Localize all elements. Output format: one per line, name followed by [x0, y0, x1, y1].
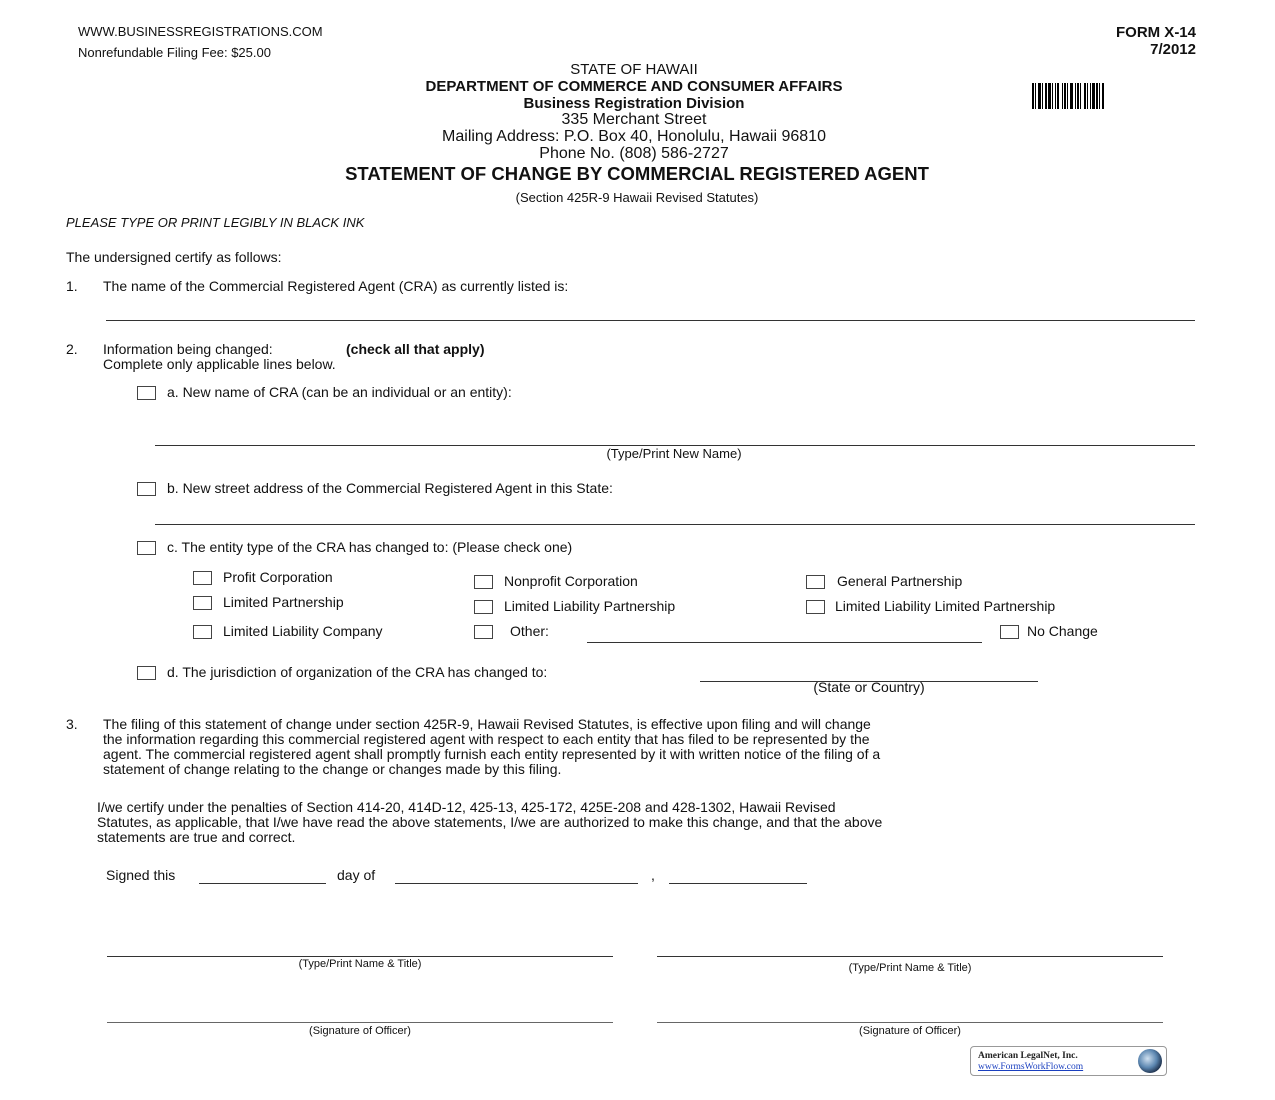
form-number: FORM X-14	[1116, 24, 1196, 41]
limited-liability-company-checkbox[interactable]	[193, 625, 212, 639]
statute-reference: (Section 425R-9 Hawaii Revised Statutes)	[437, 190, 837, 205]
state-name: STATE OF HAWAII	[334, 61, 934, 78]
street-address: 335 Merchant Street	[334, 111, 934, 129]
limited-liability-company-label: Limited Liability Company	[223, 623, 383, 639]
item2-check-all: (check all that apply)	[346, 341, 484, 357]
other-field[interactable]	[587, 642, 982, 643]
filing-fee: Nonrefundable Filing Fee: $25.00	[78, 45, 271, 60]
nonprofit-corporation-checkbox[interactable]	[474, 575, 493, 589]
signed-year-field[interactable]	[669, 883, 807, 884]
other-label: Other:	[510, 623, 549, 639]
signed-this-label: Signed this	[106, 867, 175, 883]
globe-icon	[1138, 1049, 1162, 1073]
item3-number: 3.	[66, 716, 78, 732]
signature-field-left[interactable]	[107, 1022, 613, 1023]
limited-liability-partnership-label: Limited Liability Partnership	[504, 598, 675, 614]
logo-company-name: American LegalNet, Inc.	[978, 1051, 1078, 1061]
name-title-caption-right: (Type/Print Name & Title)	[657, 962, 1163, 974]
name-title-field-left[interactable]	[107, 956, 613, 957]
new-name-checkbox[interactable]	[137, 386, 156, 400]
limited-liability-partnership-checkbox[interactable]	[474, 600, 493, 614]
name-title-caption-left: (Type/Print Name & Title)	[107, 958, 613, 970]
certification-line-2: Statutes, as applicable, that I/we have …	[97, 814, 882, 830]
jurisdiction-caption: (State or Country)	[719, 679, 1019, 695]
no-change-checkbox[interactable]	[1000, 625, 1019, 639]
phone-number: Phone No. (808) 586-2727	[334, 145, 934, 163]
no-change-label: No Change	[1027, 623, 1098, 639]
day-of-label: day of	[337, 867, 375, 883]
signed-month-field[interactable]	[395, 883, 638, 884]
new-address-field[interactable]	[155, 524, 1195, 525]
new-name-caption: (Type/Print New Name)	[474, 446, 874, 461]
general-partnership-label: General Partnership	[837, 573, 962, 589]
jurisdiction-label: d. The jurisdiction of organization of t…	[167, 664, 547, 680]
item3-line-1: The filing of this statement of change u…	[103, 716, 871, 732]
jurisdiction-checkbox[interactable]	[137, 666, 156, 680]
form-date: 7/2012	[1150, 41, 1196, 58]
other-checkbox[interactable]	[474, 625, 493, 639]
signature-caption-left: (Signature of Officer)	[107, 1025, 613, 1037]
item2-number: 2.	[66, 341, 78, 357]
item3-line-2: the information regarding this commercia…	[103, 731, 870, 747]
logo-url-link[interactable]: www.FormsWorkFlow.com	[978, 1062, 1083, 1072]
certification-line-1: I/we certify under the penalties of Sect…	[97, 799, 836, 815]
website-text: WWW.BUSINESSREGISTRATIONS.COM	[78, 24, 323, 39]
mailing-address: Mailing Address: P.O. Box 40, Honolulu, …	[284, 128, 984, 146]
new-address-label: b. New street address of the Commercial …	[167, 480, 613, 496]
certification-line-3: statements are true and correct.	[97, 829, 295, 845]
ink-instructions: PLEASE TYPE OR PRINT LEGIBLY IN BLACK IN…	[66, 215, 364, 230]
department-name: DEPARTMENT OF COMMERCE AND CONSUMER AFFA…	[284, 78, 984, 95]
item2-subtext: Complete only applicable lines below.	[103, 356, 336, 372]
nonprofit-corporation-label: Nonprofit Corporation	[504, 573, 638, 589]
certify-intro: The undersigned certify as follows:	[66, 249, 282, 265]
signature-field-right[interactable]	[657, 1022, 1163, 1023]
current-cra-name-field[interactable]	[106, 320, 1195, 321]
division-name: Business Registration Division	[334, 95, 934, 112]
entity-type-label: c. The entity type of the CRA has change…	[167, 539, 572, 555]
american-legalnet-logo: American LegalNet, Inc. www.FormsWorkFlo…	[970, 1046, 1167, 1076]
lllp-checkbox[interactable]	[806, 600, 825, 614]
new-name-label: a. New name of CRA (can be an individual…	[167, 384, 512, 400]
comma-separator: ,	[651, 867, 655, 883]
item3-line-4: statement of change relating to the chan…	[103, 761, 561, 777]
item1-number: 1.	[66, 278, 78, 294]
general-partnership-checkbox[interactable]	[806, 575, 825, 589]
new-address-checkbox[interactable]	[137, 482, 156, 496]
page-title: STATEMENT OF CHANGE BY COMMERCIAL REGIST…	[187, 163, 1087, 185]
item3-line-3: agent. The commercial registered agent s…	[103, 746, 880, 762]
limited-partnership-checkbox[interactable]	[193, 596, 212, 610]
name-title-field-right[interactable]	[657, 956, 1163, 957]
signature-caption-right: (Signature of Officer)	[657, 1025, 1163, 1037]
item2-label: Information being changed:	[103, 341, 273, 357]
entity-type-checkbox[interactable]	[137, 541, 156, 555]
signed-day-field[interactable]	[199, 883, 326, 884]
lllp-label: Limited Liability Limited Partnership	[835, 598, 1055, 614]
item1-label: The name of the Commercial Registered Ag…	[103, 278, 568, 294]
profit-corporation-label: Profit Corporation	[223, 569, 333, 585]
limited-partnership-label: Limited Partnership	[223, 594, 344, 610]
profit-corporation-checkbox[interactable]	[193, 571, 212, 585]
barcode	[1032, 83, 1188, 109]
